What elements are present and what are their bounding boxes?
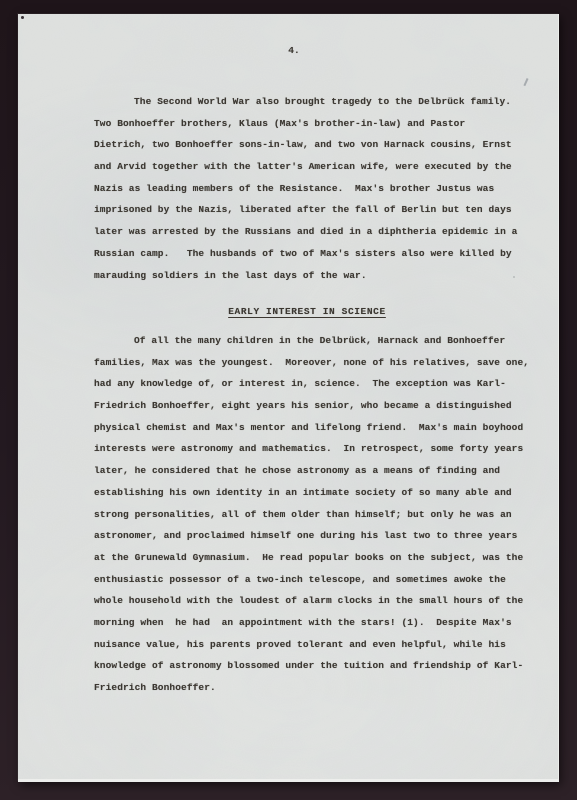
- text-line: later was arrested by the Russians and d…: [94, 221, 517, 243]
- text-line: astronomer, and proclaimed himself one d…: [94, 525, 529, 547]
- text-line: families, Max was the youngest. Moreover…: [94, 352, 529, 374]
- text-line: establishing his own identity in an inti…: [94, 482, 529, 504]
- typewritten-text-block: 4. The Second World War also brought tra…: [94, 14, 530, 779]
- text-line: physical chemist and Max's mentor and li…: [94, 417, 529, 439]
- text-line: enthusiastic possessor of a two-inch tel…: [94, 569, 529, 591]
- text-line: knowledge of astronomy blossomed under t…: [94, 655, 529, 677]
- text-line: later, he considered that he chose astro…: [94, 460, 529, 482]
- text-line: interests were astronomy and mathematics…: [94, 438, 529, 460]
- text-line: Friedrich Bonhoeffer.: [94, 677, 529, 699]
- text-line: Dietrich, two Bonhoeffer sons-in-law, an…: [94, 134, 517, 156]
- section-heading-row: EARLY INTEREST IN SCIENCE: [94, 306, 520, 317]
- photo-background: 4. The Second World War also brought tra…: [0, 0, 577, 800]
- ink-speck: [21, 16, 24, 19]
- text-line: and Arvid together with the latter's Ame…: [94, 156, 517, 178]
- text-line: Friedrich Bonhoeffer, eight years his se…: [94, 395, 529, 417]
- text-line: had any knowledge of, or interest in, sc…: [94, 373, 529, 395]
- text-line: Russian camp. The husbands of two of Max…: [94, 243, 517, 265]
- text-line: whole household with the loudest of alar…: [94, 590, 529, 612]
- text-line: at the Grunewald Gymnasium. He read popu…: [94, 547, 529, 569]
- text-line: imprisoned by the Nazis, liberated after…: [94, 199, 517, 221]
- text-line: nuisance value, his parents proved toler…: [94, 634, 529, 656]
- text-line: Nazis as leading members of the Resistan…: [94, 178, 517, 200]
- paragraph-early-interest: Of all the many children in the Delbrück…: [94, 330, 529, 699]
- section-heading: EARLY INTEREST IN SCIENCE: [228, 306, 386, 317]
- page-number: 4.: [94, 45, 494, 56]
- paragraph-war-tragedy: The Second World War also brought traged…: [94, 91, 517, 286]
- document-page: 4. The Second World War also brought tra…: [18, 14, 559, 782]
- text-line: strong personalities, all of them older …: [94, 504, 529, 526]
- text-line: Of all the many children in the Delbrück…: [94, 330, 529, 352]
- text-line: marauding soldiers in the last days of t…: [94, 265, 517, 287]
- text-line: The Second World War also brought traged…: [94, 91, 517, 113]
- text-line: Two Bonhoeffer brothers, Klaus (Max's br…: [94, 113, 517, 135]
- text-line: morning when he had an appointment with …: [94, 612, 529, 634]
